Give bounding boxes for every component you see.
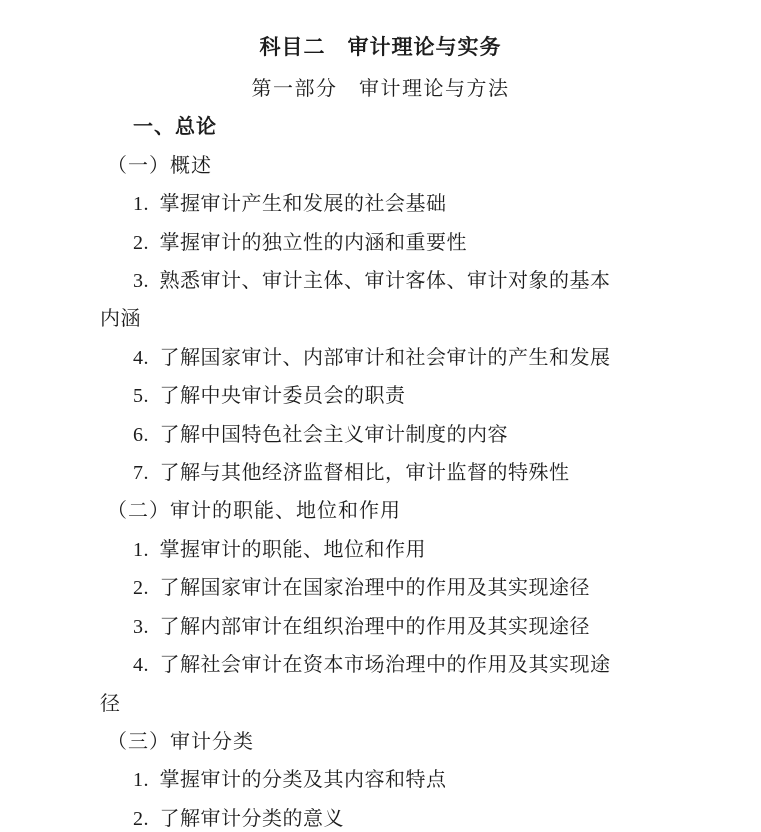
wrapped-line-continuation: 径 xyxy=(0,685,761,723)
wrapped-line-continuation: 内涵 xyxy=(0,300,761,338)
syllabus-item: 3. 了解内部审计在组织治理中的作用及其实现途径 xyxy=(0,608,761,646)
document-title: 科目二 审计理论与实务 xyxy=(0,26,761,70)
document-page: 科目二 审计理论与实务第一部分 审计理论与方法一、总论（一）概述1. 掌握审计产… xyxy=(0,0,761,832)
part-subtitle: 第一部分 审计理论与方法 xyxy=(0,70,761,108)
syllabus-item: 2. 掌握审计的独立性的内涵和重要性 xyxy=(0,224,761,262)
syllabus-item: 4. 了解国家审计、内部审计和社会审计的产生和发展 xyxy=(0,339,761,377)
syllabus-item: 1. 掌握审计的分类及其内容和特点 xyxy=(0,761,761,799)
section-heading: （一）概述 xyxy=(0,147,761,185)
syllabus-item: 1. 掌握审计产生和发展的社会基础 xyxy=(0,185,761,223)
syllabus-item: 6. 了解中国特色社会主义审计制度的内容 xyxy=(0,416,761,454)
syllabus-item: 1. 掌握审计的职能、地位和作用 xyxy=(0,531,761,569)
syllabus-item: 7. 了解与其他经济监督相比，审计监督的特殊性 xyxy=(0,454,761,492)
syllabus-item: 4. 了解社会审计在资本市场治理中的作用及其实现途 xyxy=(0,646,761,684)
chapter-heading: 一、总论 xyxy=(0,108,761,146)
section-heading: （三）审计分类 xyxy=(0,723,761,761)
section-heading: （二）审计的职能、地位和作用 xyxy=(0,492,761,530)
syllabus-item: 3. 熟悉审计、审计主体、审计客体、审计对象的基本 xyxy=(0,262,761,300)
syllabus-item: 5. 了解中央审计委员会的职责 xyxy=(0,377,761,415)
syllabus-item: 2. 了解审计分类的意义 xyxy=(0,800,761,832)
syllabus-item: 2. 了解国家审计在国家治理中的作用及其实现途径 xyxy=(0,569,761,607)
